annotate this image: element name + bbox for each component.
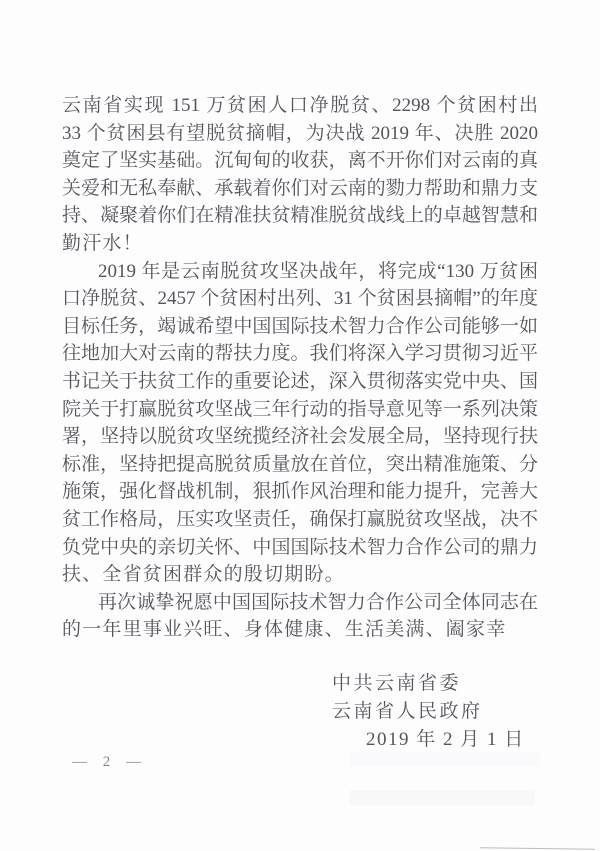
scan-artifact xyxy=(350,790,535,805)
body-line: 口净脱贫、2457 个贫困村出列、31 个贫困县摘帽”的年度 xyxy=(62,285,538,313)
body-line: 奠定了坚实基础。沉甸甸的收获，离不开你们对云南的真切 xyxy=(62,147,538,175)
body-line: 负党中央的亲切关怀、中国国际技术智力合作公司的鼎力帮 xyxy=(62,534,538,562)
body-line: 贫工作格局，压实攻坚责任，确保打赢脱贫攻坚战，决不辜 xyxy=(62,506,538,534)
body-line: 再次诚挚祝愿中国国际技术智力合作公司全体同志在新 xyxy=(62,589,538,617)
body-line: 持、凝聚着你们在精准扶贫精准脱贫战线上的卓越智慧和辛 xyxy=(62,202,538,230)
body-line: 勤汗水！ xyxy=(62,230,538,258)
scan-edge-line xyxy=(480,847,595,850)
page-number: — 2 — xyxy=(72,754,143,771)
signature-date: 2019 年 2 月 1 日 xyxy=(332,726,525,754)
body-line: 院关于打赢脱贫攻坚战三年行动的指导意见等一系列决策部 xyxy=(62,396,538,424)
signature-block: 中共云南省委 云南省人民政府 2019 年 2 月 1 日 xyxy=(332,670,525,754)
body-line: 2019 年是云南脱贫攻坚决战年，将完成“130 万贫困人 xyxy=(62,258,538,286)
body-line: 目标任务，竭诚希望中国国际技术智力合作公司能够一如既 xyxy=(62,313,538,341)
letter-body: 云南省实现 151 万贫困人口净脱贫、2298 个贫困村出列， 33 个贫困县有… xyxy=(62,92,538,644)
signature-org-party: 中共云南省委 xyxy=(332,670,525,698)
body-line: 的一年里事业兴旺、身体健康、生活美满、阖家幸福！ xyxy=(62,616,538,644)
body-line: 书记关于扶贫工作的重要论述，深入贯彻落实党中央、国务 xyxy=(62,368,538,396)
body-line: 关爱和无私奉献、承载着你们对云南的勠力帮助和鼎力支 xyxy=(62,175,538,203)
body-line: 33 个贫困县有望脱贫摘帽，为决战 2019 年、决胜 2020 年 xyxy=(62,120,538,148)
scan-artifact xyxy=(350,752,540,766)
body-line: 署，坚持以脱贫攻坚统揽经济社会发展全局，坚持现行扶贫 xyxy=(62,423,538,451)
document-page: 云南省实现 151 万贫困人口净脱贫、2298 个贫困村出列， 33 个贫困县有… xyxy=(0,0,600,851)
signature-org-government: 云南省人民政府 xyxy=(332,698,525,726)
body-line: 往地加大对云南的帮扶力度。我们将深入学习贯彻习近平总 xyxy=(62,340,538,368)
body-line: 扶、全省贫困群众的殷切期盼。 xyxy=(62,561,538,589)
body-line: 标准，坚持把提高脱贫质量放在首位，突出精准施策、分类 xyxy=(62,451,538,479)
body-line: 施策，强化督战机制，狠抓作风治理和能力提升，完善大扶 xyxy=(62,478,538,506)
body-line: 云南省实现 151 万贫困人口净脱贫、2298 个贫困村出列， xyxy=(62,92,538,120)
